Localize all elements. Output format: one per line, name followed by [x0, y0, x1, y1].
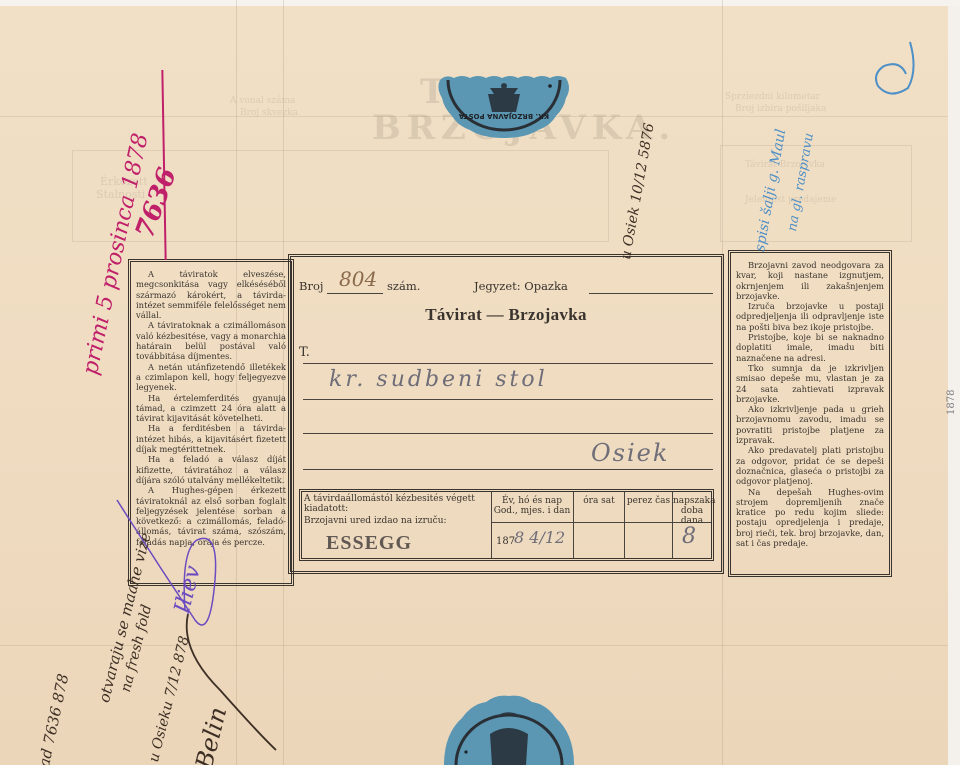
col-minute-header: perez čas	[625, 496, 672, 506]
ghost-caption: A vonal száma	[230, 96, 295, 106]
station-stamp: ESSEGG	[326, 532, 412, 555]
ghost-header: Távirat Brzojavka	[745, 160, 825, 170]
blue-mark	[870, 40, 920, 100]
broj-line	[327, 293, 383, 294]
ghost-caption: Broj skvezka	[240, 108, 298, 118]
notice-paragraph: Ako izkrivljenje pada u grieh brzojavnom…	[736, 404, 884, 445]
date-value: 8 4/12	[514, 528, 565, 547]
notice-paragraph: Ako predavatelj plati pristojbu za odgov…	[736, 445, 884, 486]
notice-paragraph: A netán utánfizetendő illetékek a czimla…	[136, 362, 286, 393]
notice-paragraph: A táviratok elveszése, megcsonkitása vag…	[136, 269, 286, 320]
notice-paragraph: Na depešah Hughes-ovim strojem dopremlje…	[736, 487, 884, 549]
delivery-table: A távirdaállomástól kézbesités végett ki…	[299, 489, 714, 561]
jegyzet-line	[589, 293, 713, 294]
notice-paragraph: Ha a ferditésben a távirda-intézet hibás…	[136, 423, 286, 454]
seal-text: KR. BRZOJAVNA POSTA	[458, 112, 549, 120]
bottom-seal	[442, 694, 576, 765]
form-title: Távirat — Brzojavka	[291, 305, 721, 325]
notice-paragraph: Brzojavni zavod neodgovara za kvar, koji…	[736, 260, 884, 301]
signature-flourish	[180, 610, 280, 760]
daytime-value: 8	[682, 524, 696, 549]
address-line	[303, 399, 713, 400]
pencil-year: 1878	[946, 390, 957, 415]
scan-edge	[0, 0, 960, 6]
ghost-caption: Broj izbira pošiljaka	[735, 104, 826, 114]
issued-label-hr: Brzojavni ured izdao na izruču:	[304, 516, 490, 526]
broj-value: 804	[339, 267, 377, 291]
t-label: T.	[299, 345, 310, 360]
jegyzet-label: Jegyzet: Opazka	[474, 279, 568, 293]
address-city: Osiek	[591, 439, 669, 467]
col-hour-header: óra sat	[574, 496, 624, 506]
address-line	[303, 433, 713, 434]
top-seal: KR. BRZOJAVNA POSTA	[438, 74, 570, 138]
date-prefix: 187	[496, 536, 515, 547]
address-recipient: kr. sudbeni stol	[329, 367, 548, 392]
ghost-caption: Sprziezdni kilometar	[725, 92, 820, 102]
notice-paragraph: Ha a feladó a válasz díját kifizette, tá…	[136, 454, 286, 485]
address-line	[303, 363, 713, 364]
col-date-header: Év, hó és nap God., mjes. i dan	[492, 496, 572, 516]
notice-paragraph: A táviratoknak a czimállomáson való kézb…	[136, 320, 286, 361]
notice-paragraph: Izruča brzojavke u postaji odpredjeljenj…	[736, 301, 884, 332]
szam-label: szám.	[387, 279, 420, 293]
notice-paragraph: Ha értelemferdités gyanuja támad, a czim…	[136, 393, 286, 424]
telegram-form: Broj 804 szám. Jegyzet: Opazka Távirat —…	[288, 254, 724, 574]
notice-croatian: Brzojavni zavod neodgovara za kvar, koji…	[728, 250, 892, 577]
issued-label-hu: A távirdaállomástól kézbesités végett ki…	[304, 494, 490, 514]
broj-label: Broj	[299, 279, 323, 293]
notice-paragraph: Tko sumnja da je izkrivljen smisao depeš…	[736, 363, 884, 404]
col-daytime-header: napszaka doba dana	[673, 496, 711, 526]
address-line	[303, 469, 713, 470]
notice-paragraph: Pristojbe, koje bi se naknadno doplatiti…	[736, 332, 884, 363]
